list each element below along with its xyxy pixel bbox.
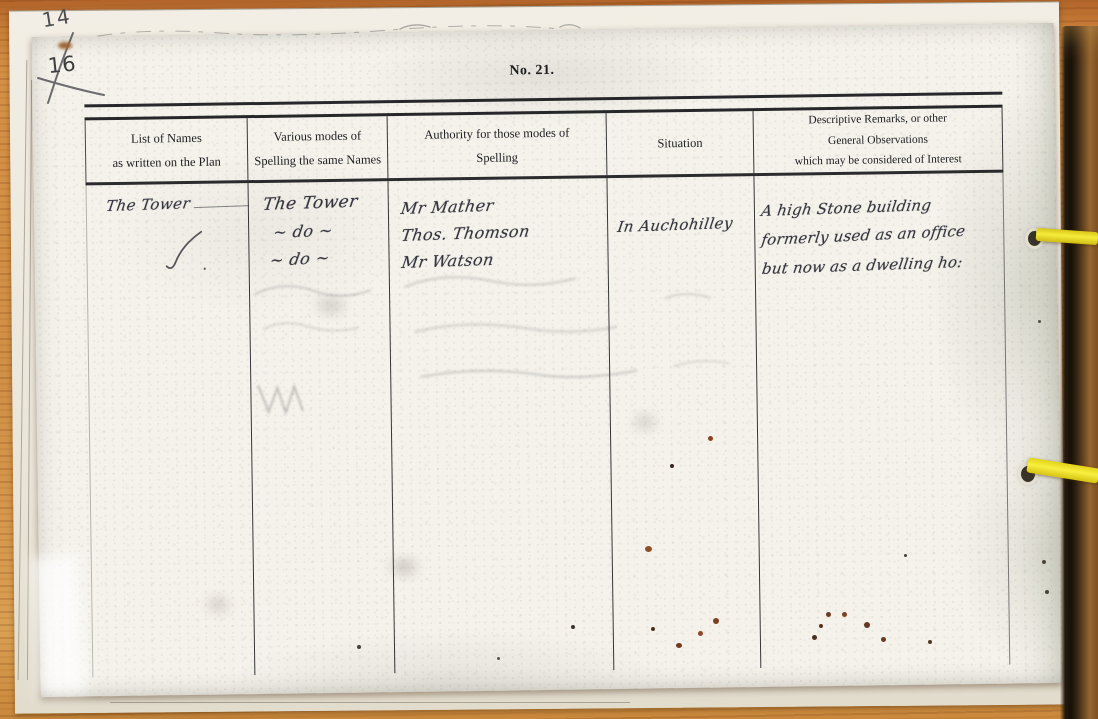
column-header-line: Descriptive Remarks, or other [808,110,947,129]
spelling-line: The Tower [261,186,392,218]
column-header-line: Various modes of [274,128,362,144]
entry-name-text: The Tower [105,194,191,215]
column-header-line: Authority for those modes of [424,125,569,142]
binding-hole-small [1045,590,1049,594]
cell-situation: In Auchohilley [607,176,761,670]
binding-hole-small [1042,560,1046,564]
page-edge-line [110,702,630,703]
cell-remarks: A high Stone building formerly used as a… [754,173,1010,668]
header-list-of-names: List of Names as written on the Plan [85,118,249,182]
entry-name: The Tower [105,192,251,215]
photo-scene: 14 16 No. 21. List of Names as written o… [0,0,1098,719]
cell-spellings: The Tower ~ do ~ ~ do ~ [249,181,396,675]
table-body-row: The Tower The Tower ~ do ~ ~ do ~ Mr Mat… [86,173,1011,678]
cell-name: The Tower [86,183,256,677]
book-spine [1060,26,1098,719]
header-authority: Authority for those modes of Spelling [388,113,608,178]
pencil-check-mark [157,228,210,275]
pencil-sheet-number-under: 14 [40,4,73,32]
situation-text: In Auchohilley [616,213,757,236]
page-corner-fold-highlight [31,555,87,696]
table-header-row: List of Names as written on the Plan Var… [85,105,1004,186]
column-header-line: Spelling [476,150,518,166]
column-header-line: Spelling the same Names [254,152,381,169]
form-number: No. 21. [472,62,592,80]
cell-authority: Mr Mather Thos. Thomson Mr Watson [388,178,614,673]
header-modes-of-spelling: Various modes of Spelling the same Names [248,116,389,180]
filler-dash [193,205,249,208]
pencil-sheet-number: 16 [47,51,78,78]
ink-bleedthrough-marks [245,267,787,425]
header-descriptive-remarks: Descriptive Remarks, or other General Ob… [754,108,1004,173]
header-situation: Situation [607,111,755,175]
document-page: 16 No. 21. List of Names as written on t… [31,23,1062,697]
column-header-line: General Observations [828,131,928,149]
column-header-line: as written on the Plan [112,154,221,171]
column-header-line: which may be considered of Interest [795,152,962,171]
ditto-mark: ~ do ~ [268,241,394,275]
column-header-line: Situation [657,135,702,151]
binding-hole-small [1038,320,1041,323]
column-header-line: List of Names [131,130,202,146]
